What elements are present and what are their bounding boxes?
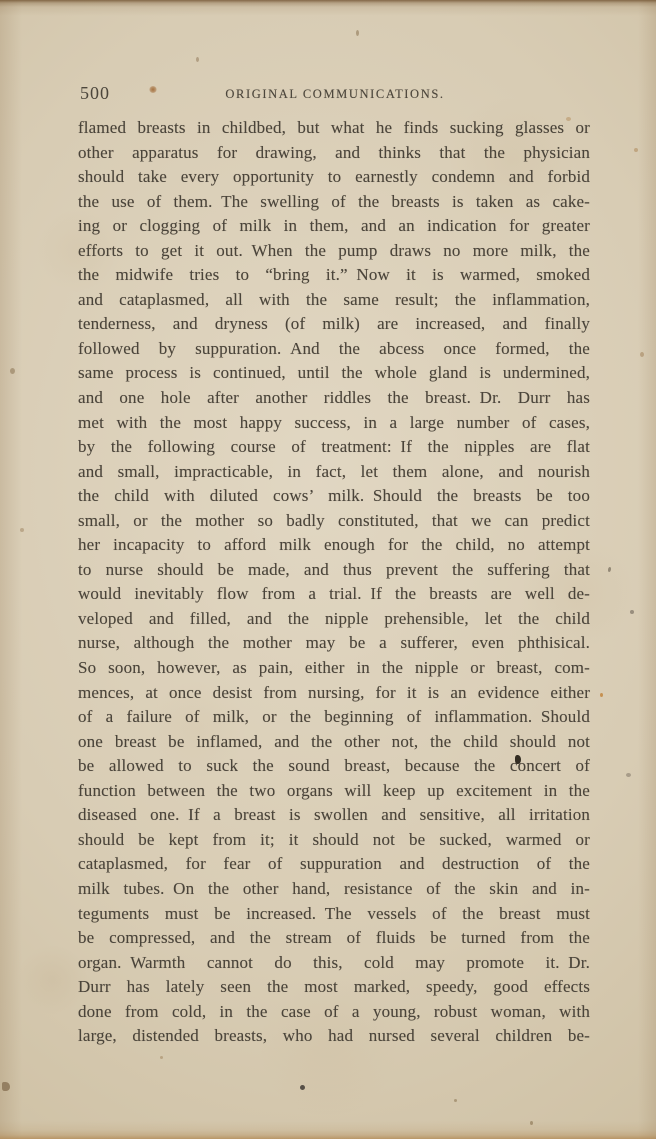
- text-line: other apparatus for drawing, and thinks …: [78, 141, 590, 166]
- paper-speck: [626, 773, 631, 777]
- text-line: to nurse should be made, and thus preven…: [78, 558, 590, 583]
- text-line: met with the most happy success, in a la…: [78, 411, 590, 436]
- running-head: ORIGINAL COMMUNICATIONS.: [78, 83, 592, 102]
- paper-speck: [600, 693, 603, 697]
- text-line: the child with diluted cows’ milk. Shoul…: [78, 484, 590, 509]
- text-line: should be kept from it; it should not be…: [78, 828, 590, 853]
- text-line: one breast be inflamed, and the other no…: [78, 730, 590, 755]
- page-header: 500 ORIGINAL COMMUNICATIONS.: [78, 83, 592, 102]
- text-line: and small, impracticable, in fact, let t…: [78, 460, 590, 485]
- text-line: by the following course of treatment: If…: [78, 435, 590, 460]
- text-line: Durr has lately seen the most marked, sp…: [78, 975, 590, 1000]
- text-line: organ. Warmth cannot do this, cold may p…: [78, 951, 590, 976]
- paper-speck: [300, 1085, 305, 1090]
- paper-speck: [196, 57, 199, 62]
- text-line: nurse, although the mother may be a suff…: [78, 631, 590, 656]
- text-line: same process is continued, until the who…: [78, 361, 590, 386]
- text-line: efforts to get it out. When the pump dra…: [78, 239, 590, 264]
- paper-speck: [356, 30, 359, 36]
- text-line: veloped and filled, and the nipple prehe…: [78, 607, 590, 632]
- text-line: her incapacity to afford milk enough for…: [78, 533, 590, 558]
- scanned-book-page: 500 ORIGINAL COMMUNICATIONS. flamed brea…: [0, 0, 656, 1139]
- paper-speck: [454, 1099, 457, 1102]
- scan-edge-top: [0, 0, 656, 16]
- paper-speck: [160, 1056, 163, 1059]
- text-line: ing or clogging of milk in them, and an …: [78, 214, 590, 239]
- text-line: mences, at once desist from nursing, for…: [78, 681, 590, 706]
- text-line: the use of them. The swelling of the bre…: [78, 190, 590, 215]
- text-line: cataplasmed, for fear of suppuration and…: [78, 852, 590, 877]
- text-line: and one hole after another riddles the b…: [78, 386, 590, 411]
- text-line: large, distended breasts, who had nursed…: [78, 1024, 590, 1049]
- text-line: the midwife tries to “bring it.” Now it …: [78, 263, 590, 288]
- paper-speck: [630, 610, 634, 614]
- text-line: done from cold, in the case of a young, …: [78, 1000, 590, 1025]
- text-line: function between the two organs will kee…: [78, 779, 590, 804]
- scan-edge-bottom: [0, 1121, 656, 1139]
- text-line: of a failure of milk, or the beginning o…: [78, 705, 590, 730]
- text-line: teguments must be increased. The vessels…: [78, 902, 590, 927]
- text-line: would inevitably flow from a trial. If t…: [78, 582, 590, 607]
- text-line: followed by suppuration. And the abcess …: [78, 337, 590, 362]
- scan-edge-left: [0, 0, 22, 1139]
- scan-edge-right: [638, 0, 656, 1139]
- text-line: milk tubes. On the other hand, resistanc…: [78, 877, 590, 902]
- page-number: 500: [80, 83, 110, 104]
- text-line: So soon, however, as pain, either in the…: [78, 656, 590, 681]
- text-line: tenderness, and dryness (of milk) are in…: [78, 312, 590, 337]
- text-line: diseased one. If a breast is swollen and…: [78, 803, 590, 828]
- text-line: be compressed, and the stream of fluids …: [78, 926, 590, 951]
- text-line: be allowed to suck the sound breast, bec…: [78, 754, 590, 779]
- text-line: should take every opportunity to earnest…: [78, 165, 590, 190]
- body-text: flamed breasts in childbed, but what he …: [78, 116, 590, 1049]
- text-line: small, or the mother so badly constitute…: [78, 509, 590, 534]
- text-line: flamed breasts in childbed, but what he …: [78, 116, 590, 141]
- paper-speck: [608, 567, 611, 572]
- text-line: and cataplasmed, all with the same resul…: [78, 288, 590, 313]
